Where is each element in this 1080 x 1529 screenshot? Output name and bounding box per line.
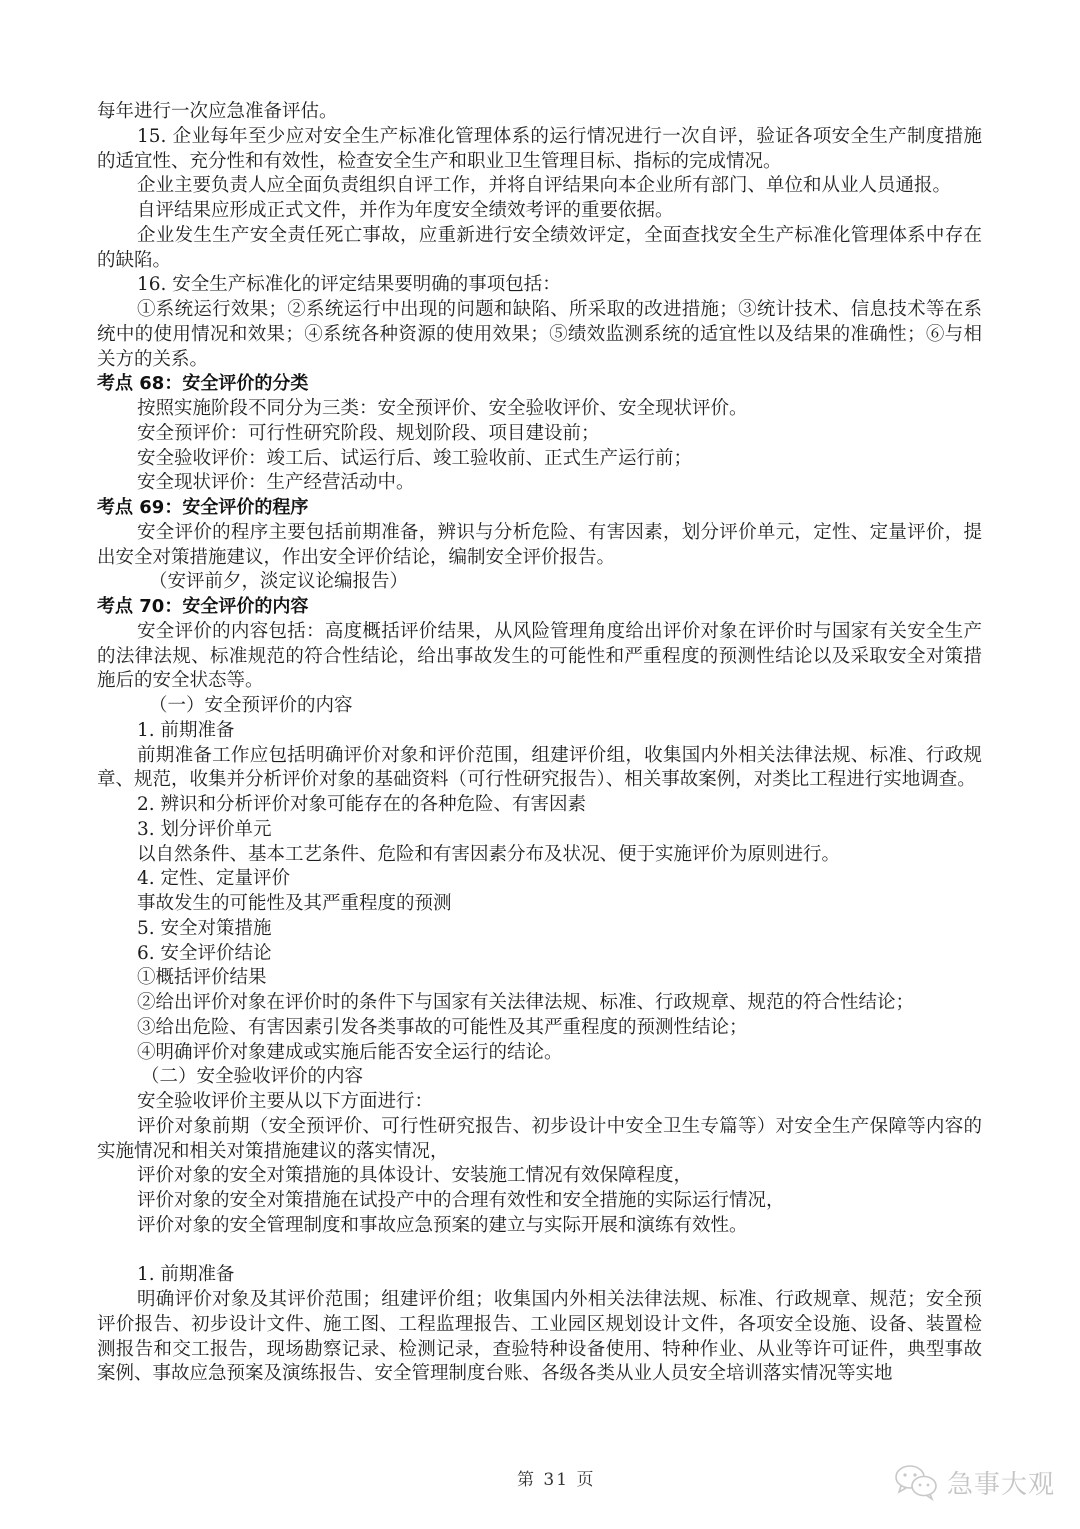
page-number: 第 31 页 (517, 1465, 595, 1490)
paragraph: 2. 辨识和分析评价对象可能存在的各种危险、有害因素 (97, 793, 982, 818)
paragraph: 安全现状评价：生产经营活动中。 (97, 471, 982, 496)
paragraph: 事故发生的可能性及其严重程度的预测 (97, 892, 982, 917)
paragraph: 安全验收评价主要从以下方面进行： (97, 1090, 982, 1115)
section-heading: 考点 70：安全评价的内容 (97, 595, 982, 620)
paragraph: 1. 前期准备 (97, 1263, 982, 1288)
paragraph: 评价对象前期（安全预评价、可行性研究报告、初步设计中安全卫生专篇等）对安全生产保… (97, 1115, 982, 1165)
blank-line (97, 1239, 982, 1264)
paragraph: 4. 定性、定量评价 (97, 867, 982, 892)
paragraph: 安全评价的程序主要包括前期准备，辨识与分析危险、有害因素，划分评价单元，定性、定… (97, 521, 982, 571)
paragraph: 评价对象的安全管理制度和事故应急预案的建立与实际开展和演练有效性。 (97, 1214, 982, 1239)
paragraph: ①概括评价结果 (97, 966, 982, 991)
paragraph: ③给出危险、有害因素引发各类事故的可能性及其严重程度的预测性结论； (97, 1016, 982, 1041)
paragraph: ④明确评价对象建成或实施后能否安全运行的结论。 (97, 1041, 982, 1066)
paragraph: 1. 前期准备 (97, 719, 982, 744)
paragraph: 安全预评价：可行性研究阶段、规划阶段、项目建设前； (97, 422, 982, 447)
paragraph: 评价对象的安全对策措施在试投产中的合理有效性和安全措施的实际运行情况， (97, 1189, 982, 1214)
paragraph: 明确评价对象及其评价范围；组建评价组；收集国内外相关法律法规、标准、行政规章、规… (97, 1288, 982, 1387)
paragraph: 企业发生生产安全责任死亡事故，应重新进行安全绩效评定，全面查找安全生产标准化管理… (97, 224, 982, 274)
paragraph: 3. 划分评价单元 (97, 818, 982, 843)
paragraph: 16. 安全生产标准化的评定结果要明确的事项包括： (97, 273, 982, 298)
document-page: 每年进行一次应急准备评估。15. 企业每年至少应对安全生产标准化管理体系的运行情… (97, 100, 982, 1387)
wechat-watermark: 急事大观 (893, 1462, 1055, 1502)
paragraph: 企业主要负责人应全面负责组织自评工作，并将自评结果向本企业所有部门、单位和从业人… (97, 174, 982, 199)
paragraph: 评价对象的安全对策措施的具体设计、安装施工情况有效保障程度， (97, 1164, 982, 1189)
paragraph: （二）安全验收评价的内容 (97, 1065, 982, 1090)
watermark-text: 急事大观 (947, 1464, 1055, 1501)
paragraph: （一）安全预评价的内容 (97, 694, 982, 719)
paragraph: 自评结果应形成正式文件，并作为年度安全绩效考评的重要依据。 (97, 199, 982, 224)
paragraph: ①系统运行效果；②系统运行中出现的问题和缺陷、所采取的改进措施；③统计技术、信息… (97, 298, 982, 372)
paragraph: 6. 安全评价结论 (97, 942, 982, 967)
paragraph: 安全评价的内容包括：高度概括评价结果，从风险管理角度给出评价对象在评价时与国家有… (97, 620, 982, 694)
document-body: 每年进行一次应急准备评估。15. 企业每年至少应对安全生产标准化管理体系的运行情… (97, 100, 982, 1387)
section-heading: 考点 69：安全评价的程序 (97, 496, 982, 521)
paragraph: 以自然条件、基本工艺条件、危险和有害因素分布及状况、便于实施评价为原则进行。 (97, 843, 982, 868)
paragraph: 安全验收评价：竣工后、试运行后、竣工验收前、正式生产运行前； (97, 447, 982, 472)
paragraph: （安评前夕，淡定议论编报告） (97, 570, 982, 595)
paragraph: 每年进行一次应急准备评估。 (97, 100, 982, 125)
paragraph: 5. 安全对策措施 (97, 917, 982, 942)
paragraph: ②给出评价对象在评价时的条件下与国家有关法律法规、标准、行政规章、规范的符合性结… (97, 991, 982, 1016)
wechat-icon (893, 1462, 941, 1502)
paragraph: 前期准备工作应包括明确评价对象和评价范围，组建评价组，收集国内外相关法律法规、标… (97, 744, 982, 794)
paragraph: 15. 企业每年至少应对安全生产标准化管理体系的运行情况进行一次自评，验证各项安… (97, 125, 982, 175)
paragraph: 按照实施阶段不同分为三类：安全预评价、安全验收评价、安全现状评价。 (97, 397, 982, 422)
section-heading: 考点 68：安全评价的分类 (97, 372, 982, 397)
